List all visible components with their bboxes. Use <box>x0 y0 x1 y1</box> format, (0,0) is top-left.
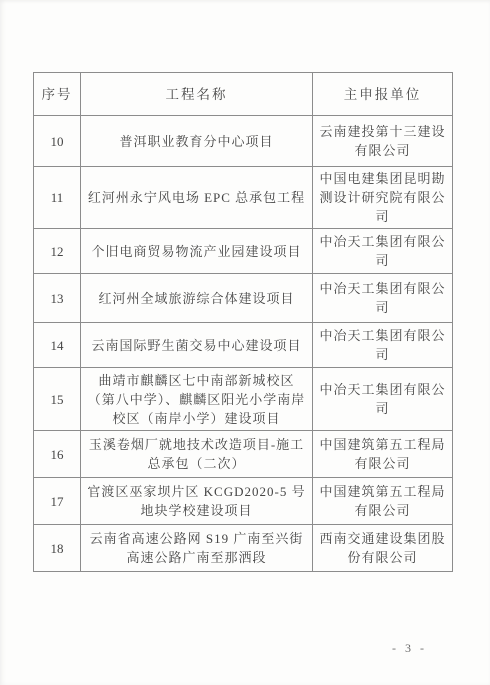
table-row: 10普洱职业教育分中心项目云南建投第十三建设有限公司 <box>34 116 453 167</box>
cell-project: 普洱职业教育分中心项目 <box>81 116 313 167</box>
cell-company: 西南交通建设集团股份有限公司 <box>313 525 453 572</box>
projects-table-container: 序号 工程名称 主申报单位 10普洱职业教育分中心项目云南建投第十三建设有限公司… <box>33 72 452 572</box>
cell-no: 13 <box>34 274 81 323</box>
cell-no: 14 <box>34 323 81 368</box>
cell-project: 云南省高速公路网 S19 广南至兴街高速公路广南至那洒段 <box>81 525 313 572</box>
cell-project: 官渡区巫家坝片区 KCGD2020-5 号地块学校建设项目 <box>81 478 313 525</box>
projects-table-body: 10普洱职业教育分中心项目云南建投第十三建设有限公司11红河州永宁风电场 EPC… <box>34 116 453 572</box>
cell-company: 中冶天工集团有限公司 <box>313 323 453 368</box>
cell-project: 个旧电商贸易物流产业园建设项目 <box>81 229 313 274</box>
header-row: 序号 工程名称 主申报单位 <box>34 73 453 116</box>
cell-company: 中国建筑第五工程局有限公司 <box>313 478 453 525</box>
cell-project: 红河州永宁风电场 EPC 总承包工程 <box>81 167 313 229</box>
cell-no: 10 <box>34 116 81 167</box>
cell-project: 玉溪卷烟厂就地技术改造项目-施工总承包（二次） <box>81 431 313 478</box>
cell-project: 曲靖市麒麟区七中南部新城校区（第八中学）、麒麟区阳光小学南岸校区（南岸小学）建设… <box>81 368 313 431</box>
cell-no: 11 <box>34 167 81 229</box>
header-cell-company: 主申报单位 <box>313 73 453 116</box>
table-row: 18云南省高速公路网 S19 广南至兴街高速公路广南至那洒段西南交通建设集团股份… <box>34 525 453 572</box>
cell-company: 中冶天工集团有限公司 <box>313 368 453 431</box>
scanned-document-page: 序号 工程名称 主申报单位 10普洱职业教育分中心项目云南建投第十三建设有限公司… <box>0 0 490 685</box>
page-number: - 3 - <box>392 641 427 656</box>
table-row: 16玉溪卷烟厂就地技术改造项目-施工总承包（二次）中国建筑第五工程局有限公司 <box>34 431 453 478</box>
table-row: 15曲靖市麒麟区七中南部新城校区（第八中学）、麒麟区阳光小学南岸校区（南岸小学）… <box>34 368 453 431</box>
cell-project: 红河州全域旅游综合体建设项目 <box>81 274 313 323</box>
cell-company: 云南建投第十三建设有限公司 <box>313 116 453 167</box>
table-row: 17官渡区巫家坝片区 KCGD2020-5 号地块学校建设项目中国建筑第五工程局… <box>34 478 453 525</box>
header-cell-no: 序号 <box>34 73 81 116</box>
cell-company: 中国建筑第五工程局有限公司 <box>313 431 453 478</box>
table-row: 11红河州永宁风电场 EPC 总承包工程中国电建集团昆明勘测设计研究院有限公司 <box>34 167 453 229</box>
cell-no: 12 <box>34 229 81 274</box>
cell-no: 16 <box>34 431 81 478</box>
header-cell-project: 工程名称 <box>81 73 313 116</box>
table-row: 13红河州全域旅游综合体建设项目中冶天工集团有限公司 <box>34 274 453 323</box>
table-header: 序号 工程名称 主申报单位 <box>34 73 453 116</box>
cell-no: 15 <box>34 368 81 431</box>
table-row: 14云南国际野生菌交易中心建设项目中冶天工集团有限公司 <box>34 323 453 368</box>
cell-project: 云南国际野生菌交易中心建设项目 <box>81 323 313 368</box>
cell-no: 17 <box>34 478 81 525</box>
cell-no: 18 <box>34 525 81 572</box>
projects-table: 序号 工程名称 主申报单位 10普洱职业教育分中心项目云南建投第十三建设有限公司… <box>33 72 453 572</box>
cell-company: 中冶天工集团有限公司 <box>313 274 453 323</box>
table-row: 12个旧电商贸易物流产业园建设项目中冶天工集团有限公司 <box>34 229 453 274</box>
cell-company: 中冶天工集团有限公司 <box>313 229 453 274</box>
cell-company: 中国电建集团昆明勘测设计研究院有限公司 <box>313 167 453 229</box>
